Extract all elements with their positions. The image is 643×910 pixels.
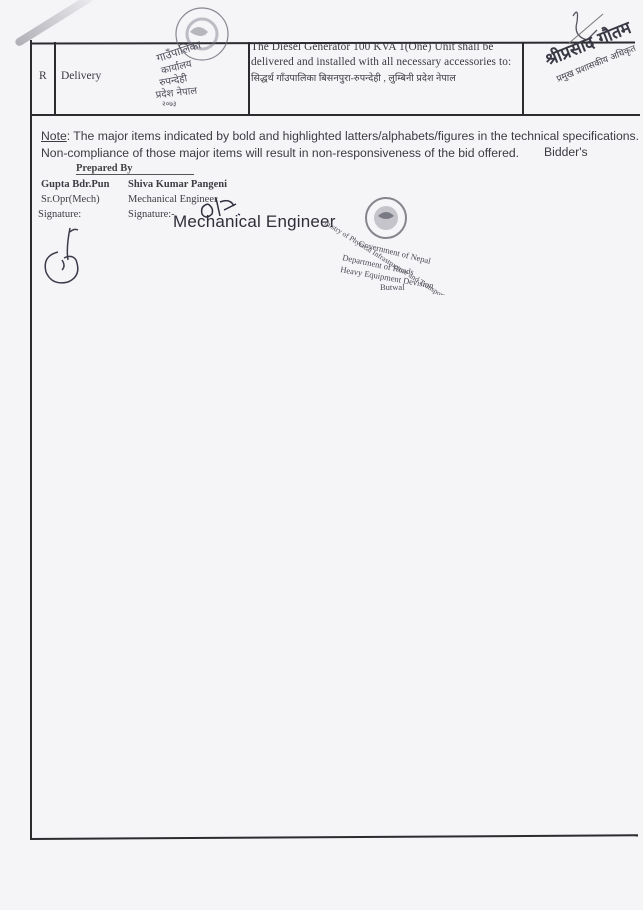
mechanical-engineer-stamp: Mechanical Engineer [173, 212, 336, 232]
table-col-divider-3 [522, 42, 524, 114]
municipality-stamp: गाउँपालिका कार्यालय रुपन्देही प्रदेश नेप… [140, 2, 250, 110]
signatory-1-signature-label: Signature: [38, 207, 109, 222]
table-left-border [30, 40, 32, 840]
svg-text:२०७३: २०७३ [162, 100, 177, 108]
prepared-by-title: Prepared By [76, 163, 194, 175]
page-bottom-border [30, 834, 638, 840]
row-label: Delivery [61, 70, 101, 82]
bidder-label: Bidder's [544, 145, 588, 159]
document-page: R Delivery गाउँपालिका कार्यालय रुपन्देही… [0, 0, 643, 910]
delivery-specification: The Diesel Generator 100 KVA 1(One) Unit… [251, 40, 513, 87]
signatory-1-name: Gupta Bdr.Pun [38, 177, 109, 192]
note-label: Note [41, 129, 67, 143]
specification-text: The Diesel Generator 100 KVA 1(One) Unit… [251, 41, 511, 68]
officer-stamp: श्रीप्रसाद गौतम प्रमुख प्रशासकीय अधिकृत [528, 4, 643, 94]
signature-1-scribble [36, 222, 96, 287]
scan-smudge [14, 0, 95, 47]
signatory-1-designation: Sr.Opr(Mech) [38, 192, 109, 207]
table-bottom-border [30, 114, 640, 116]
row-id: R [39, 70, 47, 82]
svg-text:Butwal: Butwal [380, 282, 405, 292]
delivery-address: सिद्धर्थ गाँउपालिका बिसनपुरा-रुपन्देही ,… [251, 72, 513, 87]
signatory-2-name: Shiva Kumar Pangeni [128, 177, 227, 192]
government-stamp: Government of Nepal inistry of Physical … [318, 190, 478, 295]
table-col-divider-1 [54, 42, 56, 114]
signatory-1: Gupta Bdr.Pun Sr.Opr(Mech) Signature: [38, 177, 109, 222]
